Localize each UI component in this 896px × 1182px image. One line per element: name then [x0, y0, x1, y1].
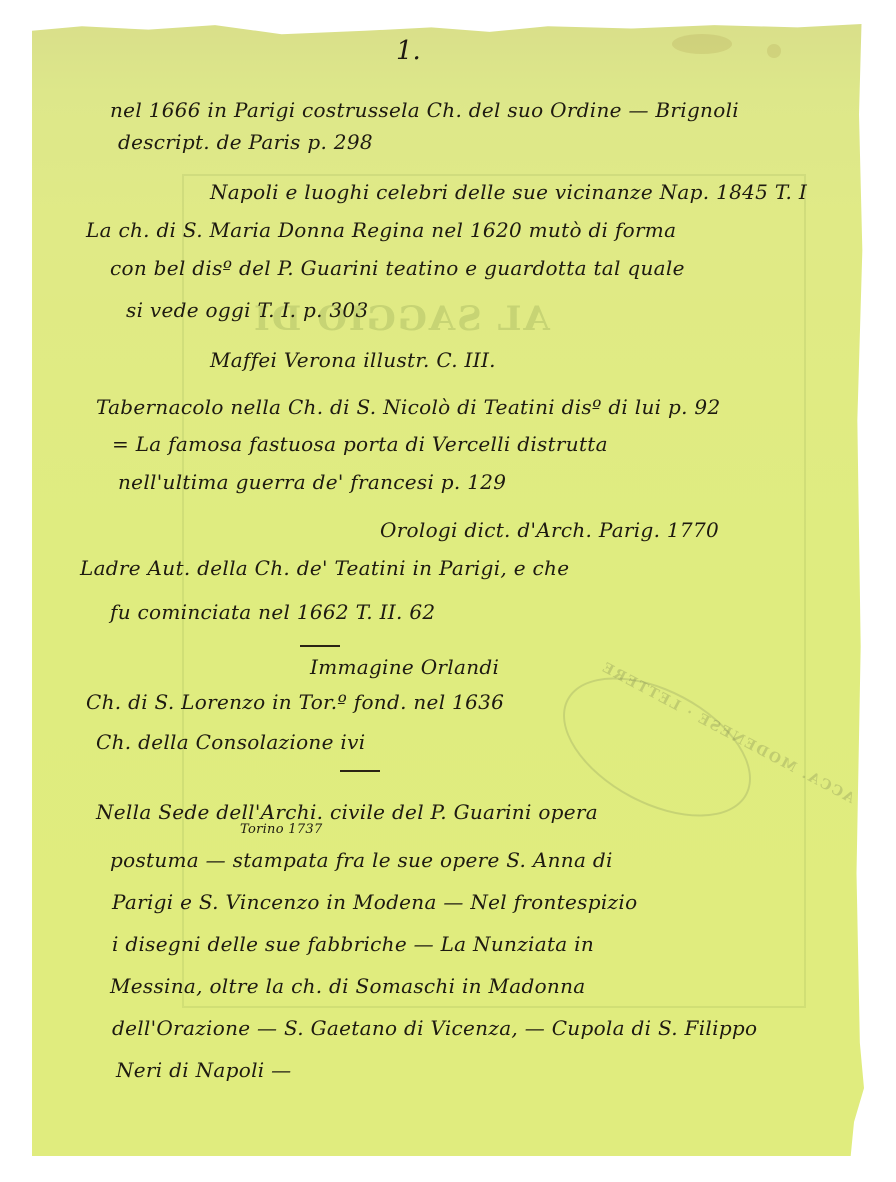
- manuscript-line: Ch. di S. Lorenzo in Tor.º fond. nel 163…: [86, 690, 504, 714]
- manuscript-line: Nella Sede dell'Archi. civile del P. Gua…: [96, 800, 598, 824]
- manuscript-line: fu cominciata nel 1662 T. II. 62: [110, 600, 435, 624]
- interlinear-note: Torino 1737: [240, 822, 323, 837]
- manuscript-line: Tabernacolo nella Ch. di S. Nicolò di Te…: [96, 395, 721, 419]
- manuscript-line: Parigi e S. Vincenzo in Modena — Nel fro…: [112, 890, 637, 914]
- paper-stain: [672, 34, 732, 54]
- manuscript-line: La ch. di S. Maria Donna Regina nel 1620…: [86, 218, 676, 242]
- manuscript-line: descript. de Paris p. 298: [118, 130, 373, 154]
- manuscript-line: Immagine Orlandi: [310, 655, 499, 679]
- manuscript-line: Ch. della Consolazione ivi: [96, 730, 365, 754]
- manuscript-line: = La famosa fastuosa porta di Vercelli d…: [112, 432, 608, 456]
- manuscript-line: postuma — stampata fra le sue opere S. A…: [110, 848, 613, 872]
- manuscript-line: con bel disº del P. Guarini teatino e gu…: [110, 256, 685, 280]
- manuscript-line: Napoli e luoghi celebri delle sue vicina…: [210, 180, 807, 204]
- separator-dash: [340, 770, 380, 772]
- manuscript-line: nel 1666 in Parigi costrussela Ch. del s…: [110, 98, 739, 122]
- separator-dash: [300, 645, 340, 647]
- manuscript-line: nell'ultima guerra de' francesi p. 129: [118, 470, 506, 494]
- manuscript-line: Neri di Napoli —: [116, 1058, 291, 1082]
- page-number: 1.: [396, 36, 421, 66]
- manuscript-line: dell'Orazione — S. Gaetano di Vicenza, —…: [112, 1016, 757, 1040]
- manuscript-line: i disegni delle sue fabbriche — La Nunzi…: [112, 932, 594, 956]
- manuscript-line: Maffei Verona illustr. C. III.: [210, 348, 496, 372]
- paper-stain: [767, 44, 781, 58]
- manuscript-line: Ladre Aut. della Ch. de' Teatini in Pari…: [80, 556, 569, 580]
- manuscript-line: si vede oggi T. I. p. 303: [126, 298, 368, 322]
- manuscript-line: Messina, oltre la ch. di Somaschi in Mad…: [110, 974, 586, 998]
- manuscript-line: Orologi dict. d'Arch. Parig. 1770: [380, 518, 719, 542]
